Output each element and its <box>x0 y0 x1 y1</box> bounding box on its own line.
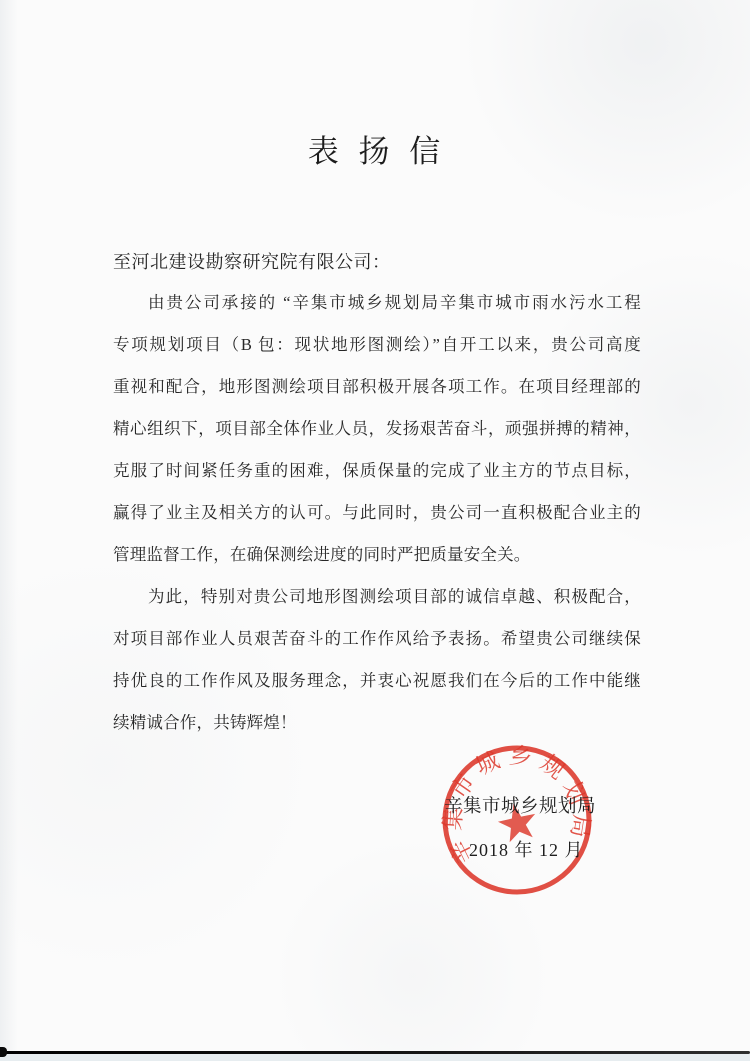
official-seal-stamp: 辛集市城乡规划局 <box>422 725 612 915</box>
body-line: 精心组织下，项目部全体作业人员，发扬艰苦奋斗，顽强拼搏的精神， <box>113 408 641 450</box>
body-line: 持优良的工作作风及服务理念，并衷心祝愿我们在今后的工作中能继 <box>113 660 641 702</box>
body-line: 克服了时间紧任务重的困难，保质保量的完成了业主方的节点目标， <box>113 450 641 492</box>
body-line: 重视和配合，地形图测绘项目部积极开展各项工作。在项目经理部的 <box>113 366 641 408</box>
signature-org: 辛集市城乡规划局 <box>444 792 596 818</box>
paper-bottom-edge-corner <box>0 1047 7 1057</box>
salutation-line: 至河北建设勘察研究院有限公司： <box>113 248 673 274</box>
letter-body: 由贵公司承接的 “辛集市城乡规划局辛集市城市雨水污水工程 专项规划项目（B 包：… <box>113 282 641 744</box>
body-line: 管理监督工作，在确保测绘进度的同时严把质量安全关。 <box>113 534 641 576</box>
body-line: 对项目部作业人员艰苦奋斗的工作作风给予表扬。希望贵公司继续保 <box>113 618 641 660</box>
body-line: 赢得了业主及相关方的认可。与此同时，贵公司一直积极配合业主的 <box>113 492 641 534</box>
paper-bottom-edge <box>0 1051 750 1054</box>
scanner-background-strip <box>0 1054 750 1061</box>
body-line: 为此，特别对贵公司地形图测绘项目部的诚信卓越、积极配合， <box>113 576 641 618</box>
signature-date: 2018 年 12 月 <box>469 836 584 862</box>
scanned-letter-page: 表 扬 信 至河北建设勘察研究院有限公司： 由贵公司承接的 “辛集市城乡规划局辛… <box>0 0 750 1061</box>
page-title: 表 扬 信 <box>113 130 641 174</box>
body-line: 由贵公司承接的 “辛集市城乡规划局辛集市城市雨水污水工程 <box>113 282 641 324</box>
body-line: 专项规划项目（B 包：现状地形图测绘）”自开工以来，贵公司高度 <box>113 324 641 366</box>
